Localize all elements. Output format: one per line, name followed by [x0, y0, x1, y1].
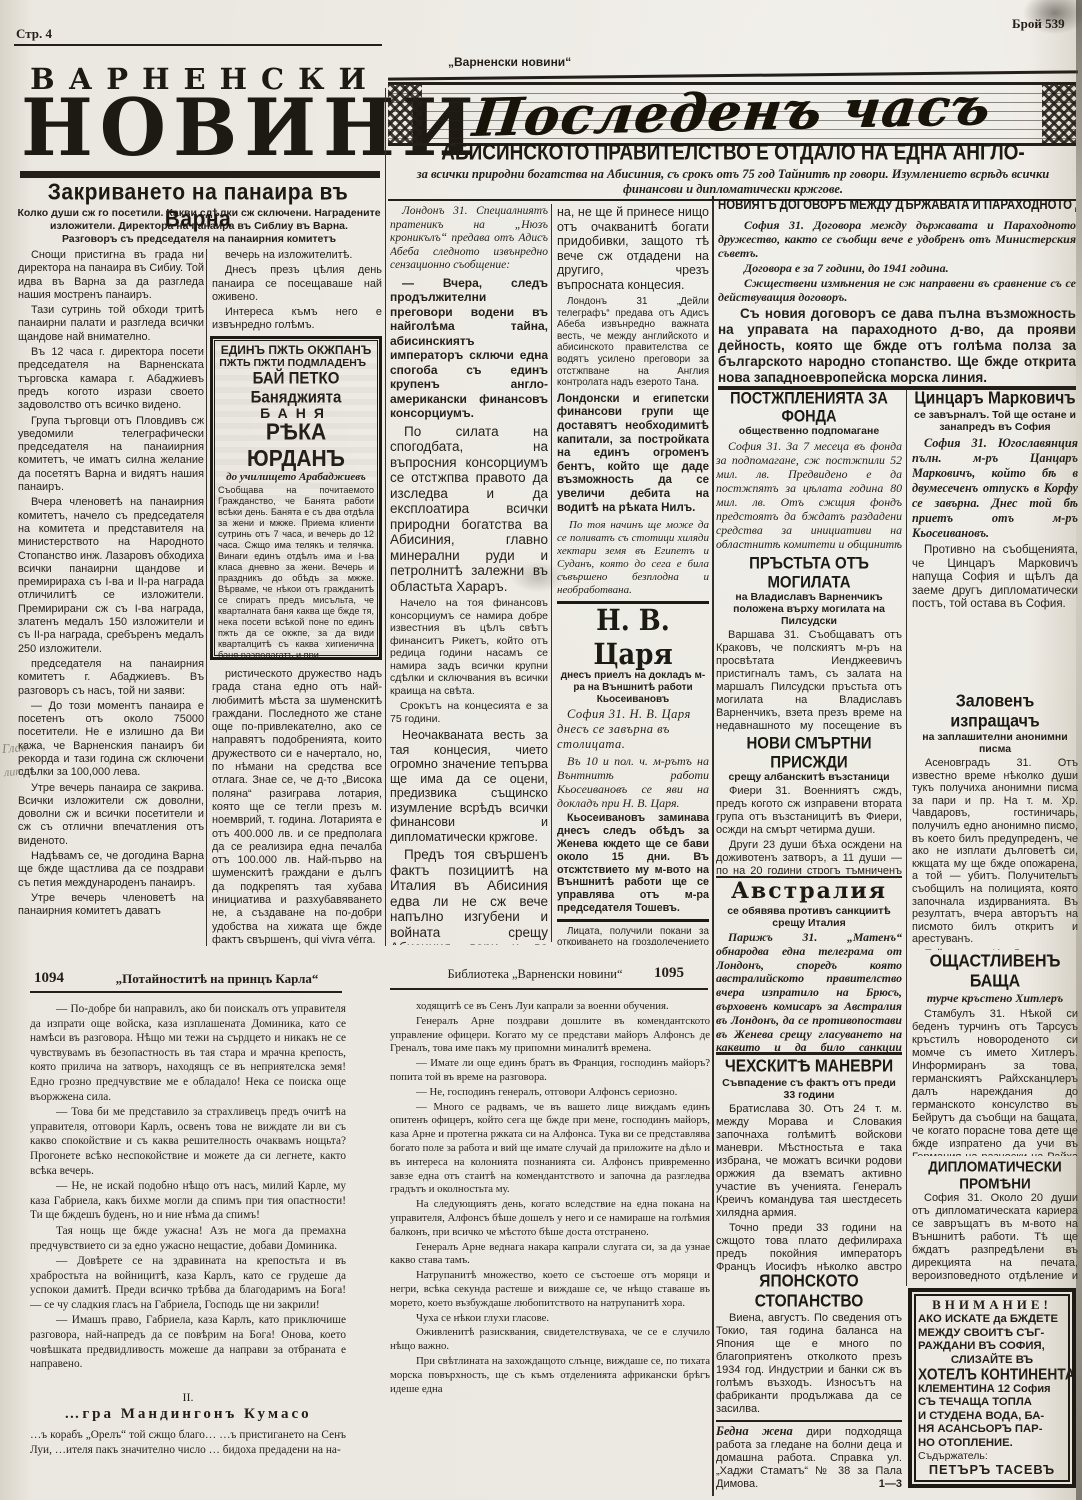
- bath-advertisement: ЕДИНЪ ПЖТЬ ОКЖПАНЪ ПЖТЬ ПЖТИ ПОДМЛАДЕНЪ …: [210, 336, 382, 660]
- mound-article: ПРЪСТЬТА ОТЪ МОГИЛАТА на Владиславъ Варн…: [716, 556, 902, 734]
- paragraph: По тоя начинъ ще може да се поливатъ съ …: [557, 519, 709, 597]
- paragraph: Съ новия договоръ се дава пълна възможно…: [718, 306, 1076, 384]
- ad-line: НО ОТОПЛЕНИЕ.: [918, 1437, 1066, 1451]
- paragraph: На следующиятъ день, когато вследствие н…: [390, 1198, 710, 1239]
- article-subtitle: срещу албанскитѣ възстаници: [716, 771, 902, 783]
- article-subtitle: на заплашителни анонимни писма: [912, 731, 1078, 755]
- australia-article: Австралия се обявява противъ санкциитѣ с…: [716, 876, 902, 1056]
- feuilleton-title: „Потайноститѣ на принцъ Карла“: [94, 971, 340, 989]
- column-divider: [206, 249, 207, 946]
- article-headline: НОВИЯТЪ ДОГОВОРЪ МЕЖДУ ДЪРЖАВАТА И ПАРАХ…: [718, 197, 1076, 212]
- paragraph: При свѣтлината на захождащото слънце, ви…: [390, 1355, 710, 1396]
- thick-rule: [716, 1052, 902, 1055]
- paragraph: Генералъ Арне поздрави дошлите въ коменд…: [390, 1015, 710, 1056]
- paragraph: Неочакваната весть за тая концесия, чиет…: [390, 728, 548, 844]
- ad-line: И СТУДЕНА ВОДА, БА-: [918, 1410, 1066, 1424]
- paragraph: Вчера членоветѣ на панаирния комитетъ, н…: [18, 496, 204, 656]
- ad-line: КЛЕМЕНТИНА 12 София: [918, 1383, 1066, 1396]
- page-number-label: Стр. 4: [16, 26, 96, 44]
- newspaper-page: Стр. 4 „Варненски новини“ Брой 539 ВАРНЕ…: [0, 0, 1082, 1500]
- paragraph: — Имате ли още единъ братъ въ Франция, г…: [390, 1057, 710, 1085]
- abyssinia-column-b: на, не ще й принесе нищо отъ очакванитѣ …: [557, 205, 709, 945]
- feuilleton-library-header: Библиотека „Варненски новини“: [420, 967, 650, 983]
- ad-subline: ПЖТЬ ПЖТИ ПОДМЛАДЕНЪ: [218, 357, 374, 369]
- feuilleton-page-number: 1095: [654, 965, 704, 983]
- lead-article-title: Закриването на панаира въ Варна: [14, 180, 382, 207]
- paragraph: — Това би ме представило за страхливецъ …: [30, 1105, 346, 1178]
- article-subtitle: се обявява противъ санкциитѣ срещу Итали…: [716, 905, 902, 929]
- paragraph: — Довѣрете се на здравината на крепостьт…: [30, 1254, 346, 1312]
- paragraph: ходящитѣ се въ Сенъ Луи капрали за военн…: [390, 1000, 710, 1014]
- last-hour-banner: Последенъ часъ: [388, 82, 1076, 146]
- classified-lead: Бедна жена: [716, 1424, 793, 1438]
- feuilleton-page-number: 1094: [34, 970, 94, 988]
- lead-article-subtitle2: Разговоръ съ председателя на панаирния к…: [16, 233, 382, 246]
- diplomatic-changes-article: ДИПЛОМАТИЧЕСКИ ПРОМѢНИ София 31. Около 2…: [912, 1160, 1078, 1284]
- happy-father-article: ОЩАСТЛИВЕНЪ БАЩА турче кръстено Хитлеръ …: [912, 954, 1078, 1156]
- section-divider: [712, 196, 714, 1496]
- markovich-article: Цинцаръ Марковичъ се завърналъ. Той ще о…: [912, 390, 1078, 690]
- death-sentences-article: НОВИ СМЪРТНИ ПРИСЖДИ срещу албанскитѣ въ…: [716, 736, 902, 874]
- column-divider: [906, 390, 907, 1286]
- article-body: Братислава 30. Отъ 24 т. м. между Морава…: [716, 1103, 902, 1272]
- masthead-line2: НОВИНИ: [14, 86, 382, 173]
- article-subtitle: общественно подпомагане: [716, 425, 902, 437]
- margin-ghost-text: Глав: [1, 739, 27, 757]
- paragraph: Стамбулъ 31. Нѣкой си беденъ турчинъ отъ…: [912, 1008, 1078, 1156]
- fund-article: ПОСТЖПЛЕНИЯТА ЗА ФОНДА общественно подпо…: [716, 392, 902, 554]
- separator-bar: [557, 919, 709, 922]
- tsar-article-subtitle: днесъ приелъ на докладъ м-ра на Външнитѣ…: [557, 670, 709, 705]
- last-hour-script-title: Последенъ часъ: [385, 77, 1079, 149]
- article-subtitle: турче кръстено Хитлеръ: [912, 991, 1078, 1006]
- paragraph: Натрупанитѣ множество, което се състоеше…: [390, 1269, 710, 1310]
- abyssinia-headline: АБИСИНСКОТО ПРАВИТЕЛСТВО Е ОТДАЛО НА ЕДН…: [390, 141, 1076, 167]
- ad-proprietor-name: ПЕТЪРЪ ТАСЕВЪ: [918, 1462, 1066, 1477]
- paragraph: Лондонъ 31. Специалниятъ пратеникъ на „Н…: [390, 205, 548, 273]
- paragraph: Начело на тоя финансовъ консорциумъ се н…: [390, 597, 548, 697]
- paragraph: Утре вечерь членоветѣ на панаирния комит…: [18, 892, 204, 919]
- hotel-name: ХОТЕЛЪ КОНТИНЕНТАЛЪ: [918, 1366, 1066, 1384]
- paragraph: Предъ тоя свършенъ фактъ позициитѣ на Ит…: [390, 847, 548, 945]
- paragraph: — Вчера, следъ продължителни преговори в…: [390, 276, 548, 421]
- margin-ghost-text: литт: [3, 763, 33, 780]
- lead-article-column-1: Снощи пристигна въ града ни директора на…: [18, 249, 204, 946]
- classified-tag: 1—3: [879, 1478, 902, 1491]
- czech-maneuvers-article: ЧЕХСКИТѢ МАНЕВРИ Съвпадение съ фактъ отъ…: [716, 1058, 902, 1272]
- page-edge-shadow: [1076, 0, 1082, 1500]
- section-divider: [385, 88, 386, 946]
- paragraph: Чуха се нѣкои глухи гласове.: [390, 1312, 710, 1326]
- article-headline: Цинцаръ Марковичъ: [912, 390, 1078, 409]
- article-body: Виена, августъ. По сведения отъ Токио, т…: [716, 1312, 902, 1418]
- article-headline: НОВИ СМЪРТНИ ПРИСЖДИ: [716, 736, 902, 772]
- shumen-note-column: ристическото дружество надъ града стана …: [212, 668, 382, 946]
- paragraph: — Имашъ право, Габриела, каза Карлъ, кат…: [30, 1313, 346, 1371]
- masthead-bar: [20, 171, 380, 178]
- anonymous-letters-article: Заловенъ изпращачъ на заплашителни анони…: [912, 694, 1078, 950]
- paragraph: Тая нощь ще бжде ужасна! Азъ не мога да …: [30, 1224, 346, 1253]
- article-headline: ОЩАСТЛИВЕНЪ БАЩА: [912, 954, 1078, 992]
- paragraph: Точно преди 33 години на сжщото това пла…: [716, 1222, 902, 1272]
- article-subtitle: на Владиславъ Варненчикъ положена върху …: [716, 591, 902, 627]
- paragraph: — Не, не искай подобно нѣщо отъ насъ, ми…: [30, 1179, 346, 1223]
- article-headline: ПРЪСТЬТА ОТЪ МОГИЛАТА: [716, 556, 902, 592]
- paragraph: Срокътъ на концесията е за 75 години.: [390, 700, 548, 725]
- paragraph: Днесъ презъ цѣлия день панаира се посеща…: [212, 264, 382, 304]
- ad-attention: ВНИМАНИЕ!: [918, 1297, 1066, 1313]
- ad-name: БАЙ ПЕТКО Баняджията: [218, 369, 374, 407]
- feuilleton-rule: [30, 991, 342, 993]
- ad-river-name: РѢКА ЮРДАНЪ: [218, 419, 374, 473]
- feuilleton-section-number: II.: [30, 1390, 346, 1405]
- paragraph: Варшава 31. Съобщаватъ отъ Краковъ, че п…: [716, 629, 902, 734]
- article-body: Асеновградъ 31. Отъ известно време нѣкол…: [912, 757, 1078, 950]
- paragraph: Противно на съобщенията, че Цинцаръ Марк…: [912, 544, 1078, 612]
- paragraph: — По-добре би направилъ, ако би поискалъ…: [30, 1002, 346, 1104]
- article-headline: ЧЕХСКИТѢ МАНЕВРИ: [716, 1058, 902, 1077]
- feuilleton-tail: …ъ корабъ „Орелъ“ той сжщо благо… …ъ при…: [30, 1428, 346, 1490]
- ad-line: МЕЖДУ СВОИТѢ СЪГ-: [918, 1327, 1066, 1341]
- paragraph: Договора е за 7 години, до 1941 година.: [718, 261, 1076, 275]
- paragraph: Надѣвамъ се, че догодина Варна ще бжде щ…: [18, 850, 204, 890]
- ad-body: Съобщава на почитаемото Гражданство, че …: [218, 485, 374, 660]
- japan-economy-article: ЯПОНСКОТО СТОПАНСТВО Виена, августъ. По …: [716, 1274, 902, 1418]
- paragraph: — Много се радвамъ, че въ вашето лице ви…: [390, 1101, 710, 1198]
- abyssinia-subdeck: за всички природни богатства на Абисиния…: [410, 167, 1056, 197]
- ad-line: АКО ИСКАТЕ да БЖДЕТЕ: [918, 1313, 1066, 1327]
- ad-line: НЯ АСАНСЬОРЪ ПАР-: [918, 1423, 1066, 1437]
- ad-line: РАЖДАНИ ВЪ СОФИЯ,: [918, 1340, 1066, 1354]
- header-rule-left: [14, 44, 382, 46]
- paragraph: Въ 12 часа г. директора посети председат…: [18, 346, 204, 412]
- article-headline: Австралия: [716, 878, 902, 904]
- paragraph: Други 23 души бѣха осждени на доживотенъ…: [716, 839, 902, 874]
- paragraph: Генералъ Арне веднага накара капрали слу…: [390, 1241, 710, 1269]
- article-body: Фиери 31. Военниятъ сждъ, предъ когото с…: [716, 785, 902, 874]
- ad-headline: ЕДИНЪ ПЖТЬ ОКЖПАНЪ: [218, 343, 374, 357]
- paragraph: на, не ще й принесе нищо отъ очакванитѣ …: [557, 205, 709, 292]
- paragraph: Братислава 30. Отъ 24 т. м. между Морава…: [716, 1103, 902, 1220]
- article-subtitle: се завърналъ. Той ще остане и занапредъ …: [912, 409, 1078, 433]
- paragraph: Тази сутринь той обходи тритѣ панаирни п…: [18, 304, 204, 344]
- article-subtitle: Съвпадение съ фактъ отъ преди 33 години: [716, 1077, 902, 1101]
- paragraph: вечерь на изложителитѣ.: [212, 249, 382, 262]
- paragraph: Въ 10 и пол. ч. м-рътъ на Вънтнитѣ работ…: [557, 754, 709, 810]
- ad-line: СЛИЗАЙТЕ ВЪ: [918, 1354, 1066, 1368]
- paragraph: София 31. За 7 месеца въ фонда за подпом…: [716, 439, 902, 554]
- article-headline: ЯПОНСКОТО СТОПАНСТВО: [716, 1274, 902, 1312]
- paragraph: Асеновградъ 31. Отъ известно време нѣкол…: [912, 757, 1078, 946]
- article-headline: Заловенъ изпращачъ: [912, 694, 1078, 732]
- tsar-article-title: Н. В. Царя: [557, 604, 709, 671]
- running-title: „Варненски новини“: [448, 55, 648, 71]
- article-headline: ДИПЛОМАТИЧЕСКИ ПРОМѢНИ: [912, 1160, 1078, 1192]
- paragraph: Сжществени измѣнения не сж направени въ …: [718, 276, 1076, 304]
- paragraph: София 31. Договора между държавата и Пар…: [718, 218, 1076, 260]
- paragraph: София 31. Н. В. Царя днесъ се завърна въ…: [557, 707, 709, 752]
- paragraph: Лондонъ 31 „Дейли телеграфъ“ предава отъ…: [557, 296, 709, 389]
- paragraph: София 31. Югославянция пълн. м-ръ Цанцар…: [912, 436, 1078, 541]
- shipping-contract-article: НОВИЯТЪ ДОГОВОРЪ МЕЖДУ ДЪРЖАВАТА И ПАРАХ…: [718, 196, 1076, 384]
- ad-proprietor-label: Съдържатель:: [918, 1450, 1066, 1462]
- paragraph: Утре вечерь панаира се закрива. Всички и…: [18, 782, 204, 848]
- paragraph: Кьосеивановъ заминава днесъ следъ обѣдъ …: [557, 812, 709, 914]
- paragraph: председателя на панаирния комитетъ г. Аб…: [18, 658, 204, 698]
- ink-smudge: [508, 560, 568, 594]
- classified-ad: Бедна жена дири подходяща работа за глед…: [716, 1420, 902, 1491]
- paragraph: Интереса къмъ него е извънредно голѣмъ.: [212, 306, 382, 333]
- feuilleton-text-right: ходящитѣ се въ Сенъ Луи капрали за военн…: [390, 1000, 710, 1496]
- corner-smudge: [1020, 0, 1082, 36]
- lead-article-column-2: вечерь на изложителитѣ.Днесъ презъ цѣлия…: [212, 249, 382, 333]
- paragraph: Виена, августъ. По сведения отъ Токио, т…: [716, 1312, 902, 1416]
- hotel-advertisement: ВНИМАНИЕ! АКО ИСКАТЕ да БЖДЕТЕ МЕЖДУ СВО…: [908, 1288, 1076, 1488]
- paragraph: София 31. Около 20 души отъ дипломатичес…: [912, 1192, 1078, 1284]
- grape-cure-notice: Лицата, получили покани за откриването н…: [557, 926, 709, 945]
- feuilleton-text-left: — По-добре би направилъ, ако би поискалъ…: [30, 1002, 346, 1386]
- lead-article-subtitle1: Колко души сж го посетили. Какви сдѣлки …: [16, 207, 382, 233]
- ad-line: СЪ ТЕЧАЩА ТОПЛА: [918, 1396, 1066, 1410]
- paragraph: Снощи пристигна въ града ни директора на…: [18, 249, 204, 302]
- article-headline: ПОСТЖПЛЕНИЯТА ЗА ФОНДА: [716, 392, 902, 426]
- paragraph: Той се казва Ив. Листавлиевъ отъ Асеновг…: [912, 948, 1078, 950]
- paragraph: Фиери 31. Военниятъ сждъ, предъ когото с…: [716, 785, 902, 837]
- paragraph: Лондонски и египетски финансови групи ще…: [557, 393, 709, 515]
- paragraph: Оживленитѣ разисквания, свидетелствуваха…: [390, 1326, 710, 1354]
- paragraph: — Не, господинъ генералъ, отговори Алфон…: [390, 1086, 710, 1100]
- paragraph: — До този моментъ панаира е посетенъ отъ…: [18, 700, 204, 780]
- feuilleton-section-title: …гра Мандингонъ Кумасо: [30, 1406, 346, 1426]
- paragraph: Парижъ 31. „Матенъ“ обнародва една телег…: [716, 931, 902, 1056]
- paragraph: Група търговци отъ Пловдивъ сж уведомили…: [18, 415, 204, 495]
- paragraph: ристическото дружество надъ града стана …: [212, 668, 382, 946]
- feuilleton-rule: [390, 988, 708, 990]
